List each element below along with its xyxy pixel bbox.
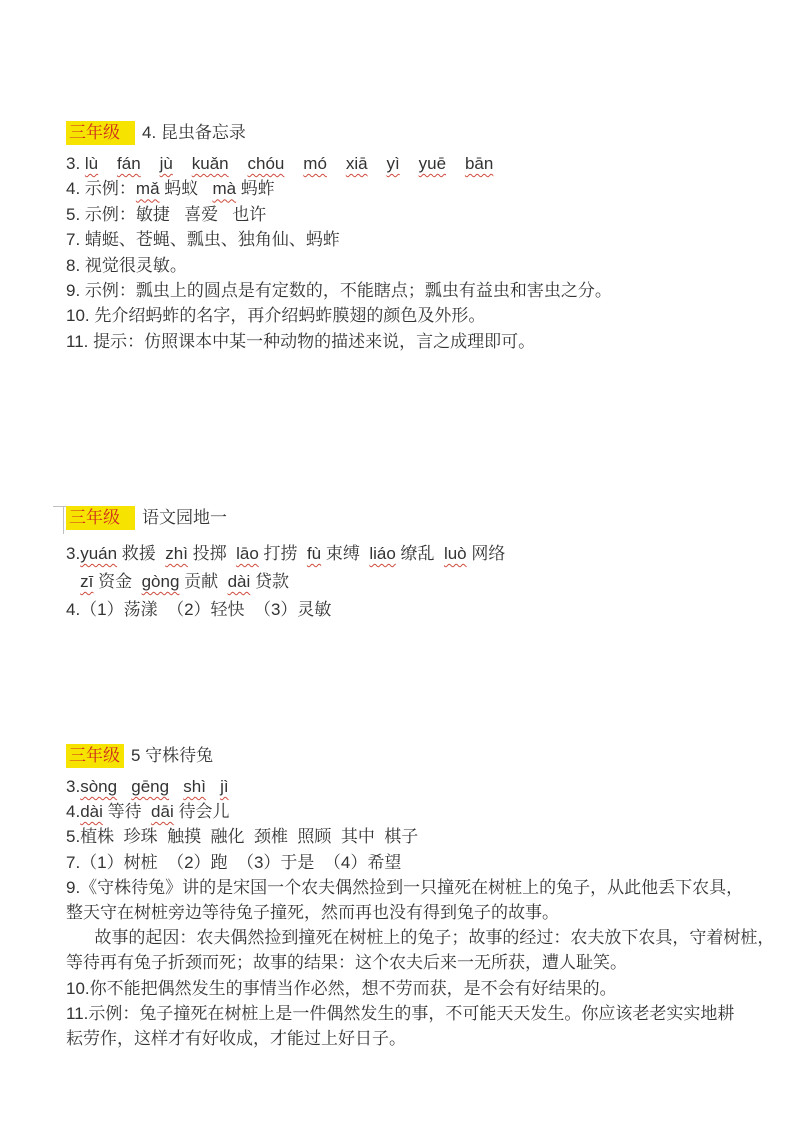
answer-line: 3.yuán 救援 zhì 投掷 lāo 打捞 fù 束缚 liáo 缭乱 lu… [66, 540, 778, 568]
text-run: 资金 [93, 572, 141, 591]
pinyin-term: zī [80, 572, 93, 591]
answer-lines: 3. lù fán jù kuǎn chóu mó xiā yì yuē bān… [66, 151, 778, 354]
answer-lines: 3.yuán 救援 zhì 投掷 lāo 打捞 fù 束缚 liáo 缭乱 lu… [66, 540, 778, 624]
answer-line: zī 资金 gòng 贡献 dài 贷款 [66, 568, 778, 596]
text-run: 8. 视觉很灵敏。 [66, 256, 187, 275]
section-title: 5 守株待兔 [131, 746, 213, 765]
text-run [446, 154, 465, 173]
pinyin-term: jì [220, 777, 229, 796]
text-run: 待会儿 [174, 802, 230, 821]
pinyin-term: yì [386, 154, 399, 173]
text-run [327, 154, 346, 173]
pinyin-term: luò [444, 544, 467, 563]
text-run: 7.（1）树桩 （2）跑 （3）于是 （4）希望 [66, 853, 401, 872]
text-run [141, 154, 160, 173]
text-run: 11. 提示：仿照课本中某一种动物的描述来说，言之成理即可。 [66, 332, 535, 351]
answer-line: 5.植株 珍珠 触摸 融化 颈椎 照顾 其中 棋子 [66, 824, 778, 849]
grade-highlight-badge: 三年级 [66, 121, 135, 145]
answer-line: 9. 示例：瓢虫上的圆点是有定数的，不能瞎点；瓢虫有益虫和害虫之分。 [66, 278, 778, 303]
section-header: 三年级4. 昆虫备忘录 [66, 121, 778, 145]
pinyin-term: mǎ [136, 179, 160, 198]
text-run: 贷款 [250, 572, 289, 591]
text-run: 耘劳作，这样才有好收成，才能过上好日子。 [66, 1029, 406, 1048]
pinyin-term: gēng [131, 777, 169, 796]
text-run: 缭乱 [396, 544, 444, 563]
text-run: 9.《守株待兔》讲的是宋国一个农夫偶然捡到一只撞死在树桩上的兔子，从此他丢下农具… [66, 878, 743, 897]
text-run [229, 154, 248, 173]
pinyin-term: kuǎn [192, 154, 229, 173]
text-run: 蚂蚁 [160, 179, 213, 198]
pinyin-term: dài [80, 802, 103, 821]
answer-line: 10.你不能把偶然发生的事情当作必然，想不劳而获，是不会有好结果的。 [66, 976, 778, 1001]
answer-line: 11.示例：兔子撞死在树桩上是一件偶然发生的事，不可能天天发生。你应该老老实实地… [66, 1001, 778, 1026]
text-run: 4. [66, 802, 80, 821]
answer-line: 4.（1）荡漾 （2）轻快 （3）灵敏 [66, 596, 778, 624]
answer-sheet-page: { "colors": { "highlight_bg": "#f6e300",… [0, 0, 800, 1132]
text-run [206, 777, 220, 796]
section-title: 语文园地一 [142, 508, 227, 527]
answer-line: 等待再有兔子折颈而死；故事的结果：这个农夫后来一无所获，遭人耻笑。 [66, 950, 778, 975]
text-run: 5.植株 珍珠 触摸 融化 颈椎 照顾 其中 棋子 [66, 827, 418, 846]
pinyin-term: yuē [419, 154, 446, 173]
text-run: 3. [66, 544, 80, 563]
text-run: 9. 示例：瓢虫上的圆点是有定数的，不能瞎点；瓢虫有益虫和害虫之分。 [66, 281, 612, 300]
pinyin-term: chóu [248, 154, 285, 173]
text-run: 网络 [467, 544, 506, 563]
answer-line: 11. 提示：仿照课本中某一种动物的描述来说，言之成理即可。 [66, 329, 778, 354]
grade-highlight-badge: 三年级 [66, 744, 124, 768]
pinyin-term: mó [303, 154, 327, 173]
text-run [117, 777, 131, 796]
answer-line: 4. 示例：mǎ 蚂蚁 mà 蚂蚱 [66, 176, 778, 201]
text-run: 打捞 [259, 544, 307, 563]
text-run: 7. 蜻蜓、苍蝇、瓢虫、独角仙、蚂蚱 [66, 230, 340, 249]
text-run: 救援 [117, 544, 165, 563]
text-run [169, 777, 183, 796]
text-run [368, 154, 387, 173]
answer-line: 整天守在树桩旁边等待兔子撞死，然而再也没有得到兔子的故事。 [66, 900, 778, 925]
text-run: 故事的起因：农夫偶然捡到撞死在树桩上的兔子；故事的经过：农夫放下农具，守着树桩， [66, 928, 774, 947]
text-run: 5. 示例：敏捷 喜爱 也许 [66, 205, 266, 224]
text-run [173, 154, 192, 173]
text-run: 11.示例：兔子撞死在树桩上是一件偶然发生的事，不可能天天发生。你应该老老实实地… [66, 1004, 734, 1023]
pinyin-term: dài [228, 572, 251, 591]
text-run [284, 154, 303, 173]
pinyin-term: jù [160, 154, 173, 173]
pinyin-term: fán [117, 154, 141, 173]
answer-line: 7. 蜻蜓、苍蝇、瓢虫、独角仙、蚂蚱 [66, 227, 778, 252]
text-run: 贡献 [179, 572, 227, 591]
pinyin-term: xiā [346, 154, 368, 173]
text-run [400, 154, 419, 173]
answer-line: 故事的起因：农夫偶然捡到撞死在树桩上的兔子；故事的经过：农夫放下农具，守着树桩， [66, 925, 778, 950]
pinyin-term: mà [212, 179, 236, 198]
section-language-garden-1: 三年级语文园地一 3.yuán 救援 zhì 投掷 lāo 打捞 fù 束缚 l… [66, 506, 778, 624]
text-run: 4. 示例： [66, 179, 136, 198]
section-wait-for-rabbit: 三年级5 守株待兔 3.sòng gēng shì jì4.dài 等待 dāi… [66, 744, 778, 1051]
pinyin-term: lāo [236, 544, 259, 563]
answer-line: 8. 视觉很灵敏。 [66, 253, 778, 278]
section-insect-memo: 三年级4. 昆虫备忘录 3. lù fán jù kuǎn chóu mó xi… [66, 121, 778, 354]
pinyin-term: lù [85, 154, 98, 173]
pinyin-term: gòng [142, 572, 180, 591]
text-run: 整天守在树桩旁边等待兔子撞死，然而再也没有得到兔子的故事。 [66, 903, 559, 922]
pinyin-term: dāi [151, 802, 174, 821]
answer-line: 3. lù fán jù kuǎn chóu mó xiā yì yuē bān [66, 151, 778, 176]
text-run: 10.你不能把偶然发生的事情当作必然，想不劳而获，是不会有好结果的。 [66, 979, 617, 998]
text-run: 3. [66, 777, 80, 796]
pinyin-term: liáo [369, 544, 395, 563]
answer-line: 4.dài 等待 dāi 待会儿 [66, 799, 778, 824]
answer-line: 9.《守株待兔》讲的是宋国一个农夫偶然捡到一只撞死在树桩上的兔子，从此他丢下农具… [66, 875, 778, 900]
text-run: 等待 [103, 802, 151, 821]
text-run: 投掷 [188, 544, 236, 563]
table-corner-mark-vertical [63, 506, 64, 534]
answer-line: 耘劳作，这样才有好收成，才能过上好日子。 [66, 1026, 778, 1051]
text-run [98, 154, 117, 173]
pinyin-term: fù [307, 544, 321, 563]
pinyin-term: shì [183, 777, 206, 796]
pinyin-term: sòng [80, 777, 117, 796]
section-header: 三年级5 守株待兔 [66, 744, 778, 768]
text-run [66, 572, 80, 591]
answer-lines: 3.sòng gēng shì jì4.dài 等待 dāi 待会儿5.植株 珍… [66, 774, 778, 1051]
section-title: 4. 昆虫备忘录 [142, 123, 246, 142]
pinyin-term: zhì [165, 544, 188, 563]
answer-line: 3.sòng gēng shì jì [66, 774, 778, 799]
text-run: 等待再有兔子折颈而死；故事的结果：这个农夫后来一无所获，遭人耻笑。 [66, 953, 627, 972]
answer-line: 7.（1）树桩 （2）跑 （3）于是 （4）希望 [66, 850, 778, 875]
grade-highlight-badge: 三年级 [66, 506, 135, 530]
pinyin-term: bān [465, 154, 493, 173]
text-run: 束缚 [321, 544, 369, 563]
text-run: 蚂蚱 [236, 179, 275, 198]
text-run: 10. 先介绍蚂蚱的名字，再介绍蚂蚱膜翅的颜色及外形。 [66, 306, 485, 325]
answer-line: 10. 先介绍蚂蚱的名字，再介绍蚂蚱膜翅的颜色及外形。 [66, 303, 778, 328]
text-run: 4.（1）荡漾 （2）轻快 （3）灵敏 [66, 600, 331, 619]
text-run: 3. [66, 154, 85, 173]
answer-line: 5. 示例：敏捷 喜爱 也许 [66, 202, 778, 227]
pinyin-term: yuán [80, 544, 117, 563]
section-header: 三年级语文园地一 [66, 506, 778, 530]
